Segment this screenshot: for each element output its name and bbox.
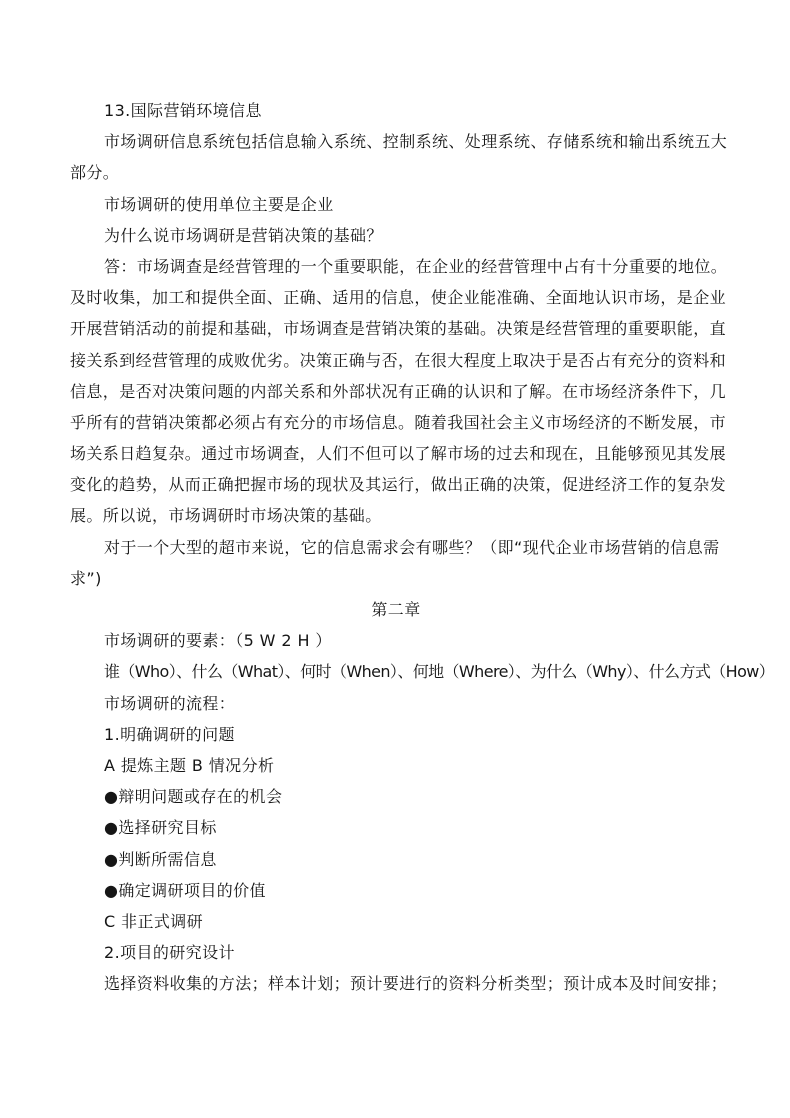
- doc-line-item-13: 13.国际营销环境信息: [70, 95, 722, 126]
- doc-step-line: 1.明确调研的问题: [70, 719, 722, 750]
- doc-step-line: 2.项目的研究设计: [70, 937, 722, 968]
- doc-line: 展。所以说，市场调研时市场决策的基础。: [70, 500, 722, 531]
- doc-question-line: 为什么说市场调研是营销决策的基础？: [70, 220, 722, 251]
- doc-line: 变化的趋势，从而正确把握市场的现状及其运行，做出正确的决策，促进经济工作的复杂发: [70, 469, 722, 500]
- doc-line: C 非正式调研: [70, 906, 722, 937]
- doc-line: 接关系到经营管理的成败优劣。决策正确与否，在很大程度上取决于是否占有充分的资料和: [70, 345, 722, 376]
- doc-answer-line: 答：市场调查是经营管理的一个重要职能，在企业的经营管理中占有十分重要的地位。: [70, 251, 722, 282]
- doc-line-elements: 市场调研的要素：（5 W 2 H ）: [70, 625, 722, 656]
- doc-line: 乎所有的营销决策都必须占有充分的市场信息。随着我国社会主义市场经济的不断发展，市: [70, 407, 722, 438]
- doc-line-process: 市场调研的流程：: [70, 688, 722, 719]
- doc-line: 开展营销活动的前提和基础，市场调查是营销决策的基础。决策是经营管理的重要职能，直: [70, 313, 722, 344]
- bullet-item: ●确定调研项目的价值: [70, 875, 722, 906]
- doc-line: 场关系日趋复杂。通过市场调查，人们不但可以了解市场的过去和现在，且能够预见其发展: [70, 438, 722, 469]
- doc-line-5w2h: 谁（Who）、什么（What）、何时（When）、何地（Where）、为什么（W…: [70, 656, 722, 687]
- document-page: 13.国际营销环境信息 市场调研信息系统包括信息输入系统、控制系统、处理系统、存…: [0, 0, 790, 1118]
- doc-line: 信息，是否对决策问题的内部关系和外部状况有正确的认识和了解。在市场经济条件下，几: [70, 376, 722, 407]
- doc-line: A 提炼主题 B 情况分析: [70, 750, 722, 781]
- bullet-item: ●选择研究目标: [70, 812, 722, 843]
- doc-line: 及时收集，加工和提供全面、正确、适用的信息，使企业能准确、全面地认识市场，是企业: [70, 282, 722, 313]
- doc-line: 市场调研的使用单位主要是企业: [70, 189, 722, 220]
- doc-line: 选择资料收集的方法；样本计划；预计要进行的资料分析类型；预计成本及时间安排；: [70, 968, 722, 999]
- doc-line: 市场调研信息系统包括信息输入系统、控制系统、处理系统、存储系统和输出系统五大: [70, 126, 722, 157]
- document-body: 13.国际营销环境信息 市场调研信息系统包括信息输入系统、控制系统、处理系统、存…: [70, 95, 722, 999]
- bullet-item: ●判断所需信息: [70, 844, 722, 875]
- bullet-item: ●辩明问题或存在的机会: [70, 781, 722, 812]
- doc-line: 求”): [70, 563, 722, 594]
- chapter-heading: 第二章: [70, 594, 722, 625]
- doc-line: 部分。: [70, 157, 722, 188]
- doc-question-line: 对于一个大型的超市来说，它的信息需求会有哪些？（即“现代企业市场营销的信息需: [70, 532, 722, 563]
